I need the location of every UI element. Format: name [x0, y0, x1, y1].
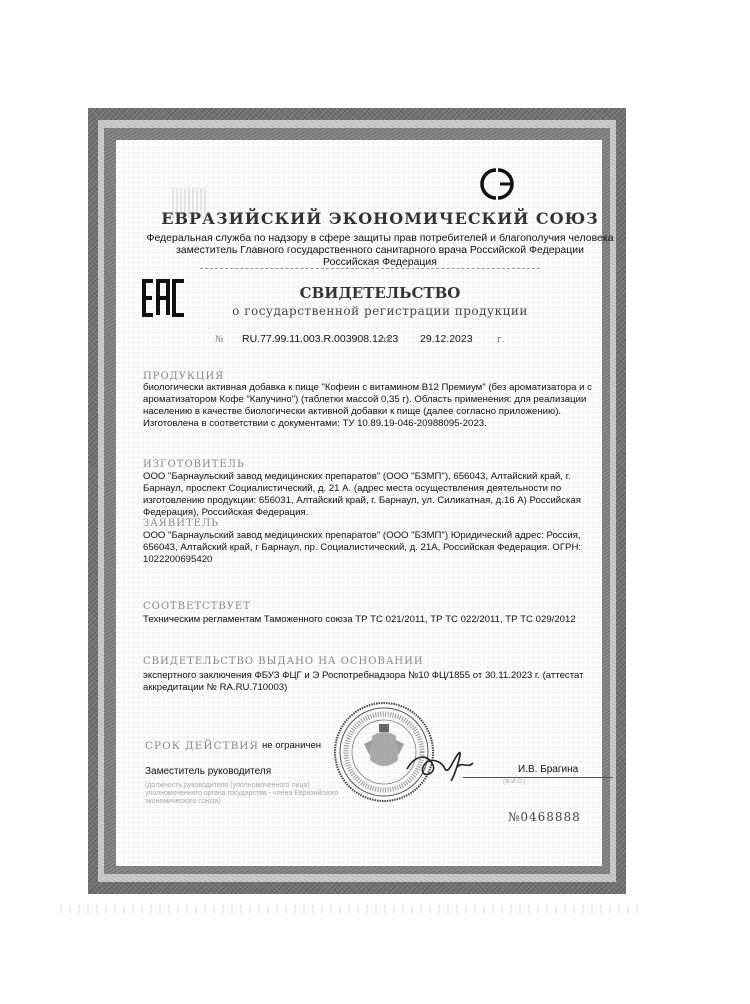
date-suffix: г.	[497, 333, 505, 345]
authority-divider	[200, 268, 540, 269]
validity-heading: СРОК ДЕЙСТВИЯ	[145, 740, 259, 752]
signatory-caption: (должность руководителя (уполномоченного…	[145, 782, 345, 806]
signatory-name: И.В. Брагина	[518, 764, 578, 775]
number-label: №	[215, 333, 224, 345]
agency-line: Федеральная служба по надзору в сфере за…	[140, 232, 620, 244]
scan-noise	[60, 905, 640, 913]
name-caption: (Ф.И.О.)	[503, 779, 526, 785]
applicant-heading: ЗАЯВИТЕЛЬ	[143, 518, 219, 529]
blank-serial-number: №0468888	[508, 810, 581, 824]
conformity-text: Техническим регламентам Таможенного союз…	[143, 614, 611, 626]
certificate-title: СВИДЕТЕЛЬСТВО	[180, 284, 580, 302]
applicant-text: ООО "Барнаульский завод медицинских преп…	[143, 530, 611, 566]
issuing-authority: Федеральная служба по надзору в сфере за…	[140, 232, 620, 268]
customs-union-mark-icon	[474, 164, 524, 204]
registration-number: RU.77.99.11.003.R.003908.12.23	[242, 333, 398, 345]
product-heading: ПРОДУКЦИЯ	[143, 371, 224, 382]
manufacturer-heading: ИЗГОТОВИТЕЛЬ	[143, 459, 245, 470]
certificate-subtitle: о государственной регистрации продукции	[180, 304, 580, 318]
basis-heading: СВИДЕТЕЛЬСТВО ВЫДАНО НА ОСНОВАНИИ	[143, 656, 424, 667]
validity-value: не ограничен	[262, 740, 321, 751]
agency-line: Российская Федерация	[140, 256, 620, 268]
signature-line	[463, 777, 613, 778]
union-title: ЕВРАЗИЙСКИЙ ЭКОНОМИЧЕСКИЙ СОЮЗ	[140, 209, 620, 228]
basis-text: экспертного заключения ФБУЗ ФЦГ и Э Росп…	[143, 670, 611, 694]
date-label: от	[380, 333, 390, 345]
manufacturer-text: ООО "Барнаульский завод медицинских преп…	[143, 471, 611, 519]
signatory-title: Заместитель руководителя	[145, 766, 271, 777]
registration-date: 29.12.2023	[420, 333, 473, 345]
conformity-heading: СООТВЕТСТВУЕТ	[143, 601, 251, 612]
agency-line: заместитель Главного государственного са…	[140, 244, 620, 256]
product-text: биологически активная добавка к пище "Ко…	[143, 382, 611, 430]
signature-icon	[405, 745, 485, 785]
